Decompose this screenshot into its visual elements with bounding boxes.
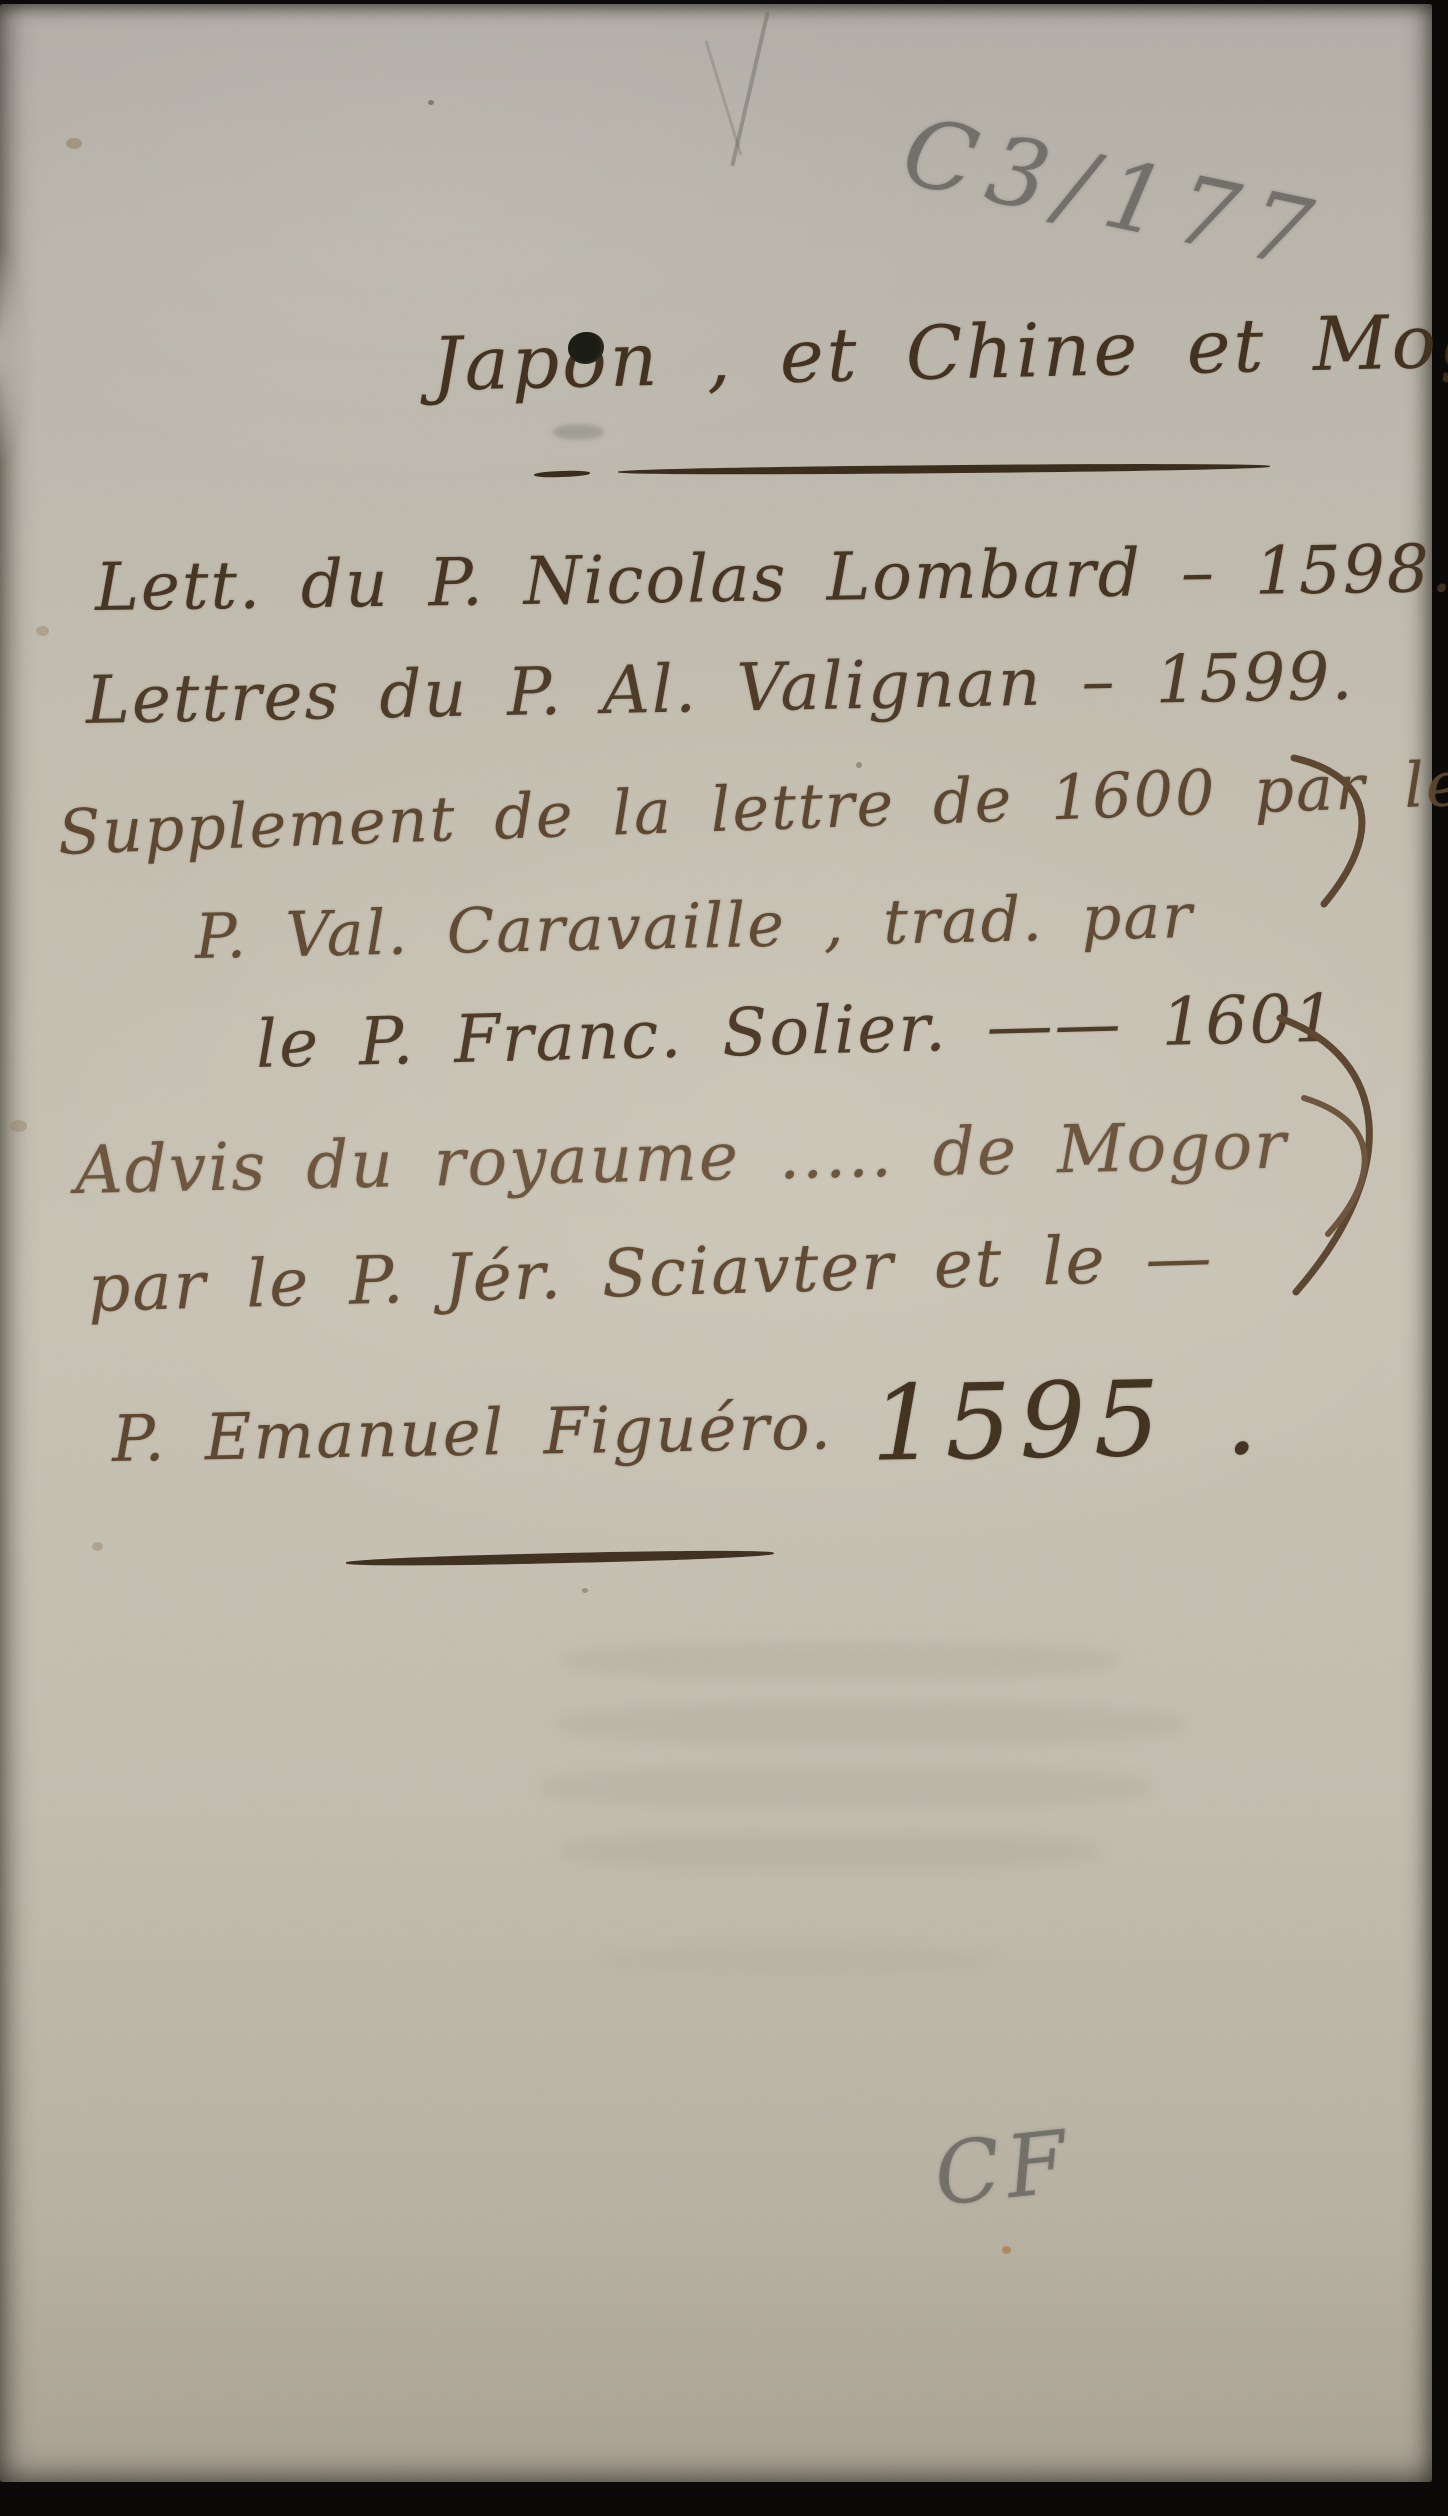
entry-line: Supplement de la lettre de 1600 par le bbox=[57, 747, 1448, 869]
manuscript-photo: C3/177 Japon , et Chine et Mogor . Lett.… bbox=[0, 0, 1448, 2516]
title-underline bbox=[618, 462, 1270, 476]
entry-line: Lettres du P. Al. Valignan – 1599. bbox=[85, 638, 1355, 739]
section-divider bbox=[346, 1548, 774, 1568]
title-underline-dash bbox=[534, 470, 590, 478]
pencil-check-stroke bbox=[705, 40, 743, 156]
shelfmark-pencil: C3/177 bbox=[894, 97, 1334, 292]
entry-line: Lett. du P. Nicolas Lombard – 1598. bbox=[94, 530, 1448, 626]
stain bbox=[36, 626, 49, 636]
entry-line: par le P. Jér. Sciavter et le — bbox=[87, 1219, 1214, 1327]
page-deckle-edge bbox=[0, 244, 26, 464]
flourish-stroke bbox=[1280, 746, 1400, 916]
entry-line: Advis du royaume ..... de Mogor bbox=[74, 1107, 1288, 1209]
stain bbox=[10, 1120, 27, 1132]
entry-text: P. Emanuel Figuéro. bbox=[111, 1390, 833, 1477]
entry-line: P. Emanuel Figuéro. 1595 . bbox=[111, 1356, 1267, 1498]
stain bbox=[1002, 2246, 1011, 2254]
entry-line: P. Val. Caravaille , trad. par bbox=[194, 879, 1194, 973]
flourish-stroke bbox=[1292, 1086, 1402, 1246]
collector-mark-pencil: CF bbox=[930, 2112, 1077, 2226]
manuscript-page: C3/177 Japon , et Chine et Mogor . Lett.… bbox=[0, 4, 1432, 2482]
show-through bbox=[540, 1766, 1150, 1808]
show-through bbox=[555, 1702, 1185, 1746]
stain bbox=[428, 100, 434, 105]
stain bbox=[92, 1542, 103, 1551]
show-through bbox=[560, 1642, 1120, 1680]
ink-smudge bbox=[552, 424, 604, 440]
entry-date: 1595 . bbox=[870, 1356, 1267, 1485]
stain bbox=[66, 138, 82, 149]
stain bbox=[856, 762, 862, 768]
show-through bbox=[560, 1832, 1100, 1870]
stain bbox=[582, 1588, 588, 1593]
entry-line: le P. Franc. Solier. —— 1601 bbox=[255, 980, 1338, 1083]
show-through bbox=[600, 1946, 1000, 1976]
